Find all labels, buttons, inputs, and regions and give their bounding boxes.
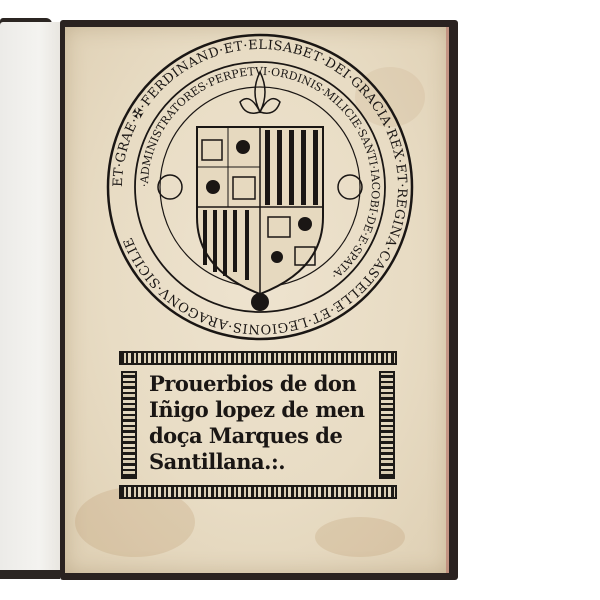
red-page-edge: [446, 27, 449, 573]
water-stain: [315, 517, 405, 557]
left-flyleaf-page: [0, 22, 65, 575]
title-line-2: Iñigo lopez de men: [149, 397, 379, 423]
ornamental-border-left: [121, 371, 137, 479]
title-line-1: Prouerbios de don: [149, 371, 379, 397]
book-title: Prouerbios de don Iñigo lopez de men doç…: [149, 371, 379, 475]
title-line-4: Santillana.:.: [149, 449, 379, 475]
royal-seal-emblem: ET·GRAE·✠·FERDINAND·ET·ELISABET·DEI·GRAC…: [105, 32, 415, 342]
left-cover-edge-bottom: [0, 570, 60, 579]
title-frame: Prouerbios de don Iñigo lopez de men doç…: [119, 351, 397, 499]
title-line-3: doça Marques de: [149, 423, 379, 449]
ornamental-border-top: [119, 351, 397, 365]
title-page: ET·GRAE·✠·FERDINAND·ET·ELISABET·DEI·GRAC…: [65, 27, 449, 573]
ornamental-border-right: [379, 371, 395, 479]
ornamental-border-bottom: [119, 485, 397, 499]
